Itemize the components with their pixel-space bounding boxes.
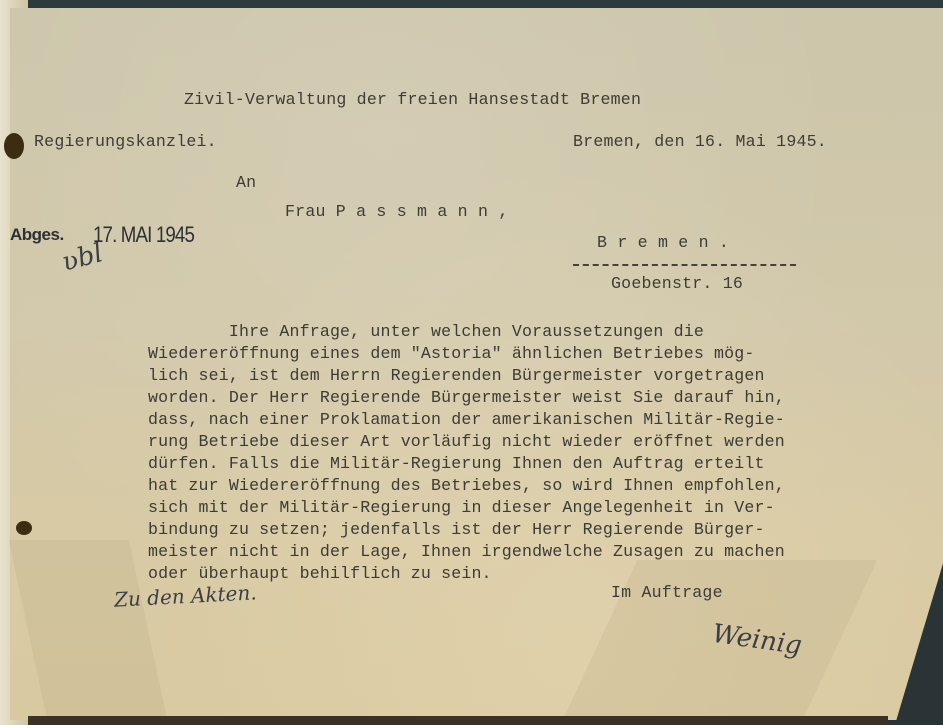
body-line: Wiedereröffnung eines dem "Astoria" ähnl… [148, 344, 754, 363]
recipient-city: B r e m e n . [597, 233, 729, 252]
scanner-bottom-edge [28, 716, 888, 725]
body-line: Ihre Anfrage, unter welchen Voraussetzun… [148, 322, 704, 341]
body-line: hat zur Wiedereröffnung des Betriebes, s… [148, 476, 785, 495]
sign-off: Im Auftrage [611, 583, 723, 602]
punch-hole [16, 521, 32, 535]
dispatch-stamp-date: 17. MAI 1945 [93, 222, 194, 248]
recipient-prefix: An [236, 173, 256, 192]
letter-place-date: Bremen, den 16. Mai 1945. [573, 132, 827, 151]
recipient-name: Frau P a s s m a n n , [285, 202, 508, 221]
body-line: bindung zu setzen; jedenfalls ist der He… [148, 520, 765, 539]
punch-hole [4, 133, 24, 159]
body-line: sich mit der Militär-Regierung in dieser… [148, 498, 775, 517]
body-line: meister nicht in der Lage, Ihnen irgendw… [148, 542, 785, 561]
body-line: rung Betriebe dieser Art vorläufig nicht… [148, 432, 785, 451]
address-underline [573, 264, 796, 266]
body-line: lich sei, ist dem Herrn Regierenden Bürg… [148, 366, 765, 385]
body-line: dürfen. Falls die Militär-Regierung Ihne… [148, 454, 765, 473]
recipient-street: Goebenstr. 16 [611, 274, 743, 293]
body-line: oder überhaupt behilflich zu sein. [148, 564, 492, 583]
body-line: dass, nach einer Proklamation der amerik… [148, 410, 785, 429]
letterhead-authority: Zivil-Verwaltung der freien Hansestadt B… [184, 90, 641, 109]
dispatch-stamp-label: Abges. [10, 225, 64, 245]
letterhead-department: Regierungskanzlei. [34, 132, 217, 151]
body-line: worden. Der Herr Regierende Bürgermeiste… [148, 388, 785, 407]
